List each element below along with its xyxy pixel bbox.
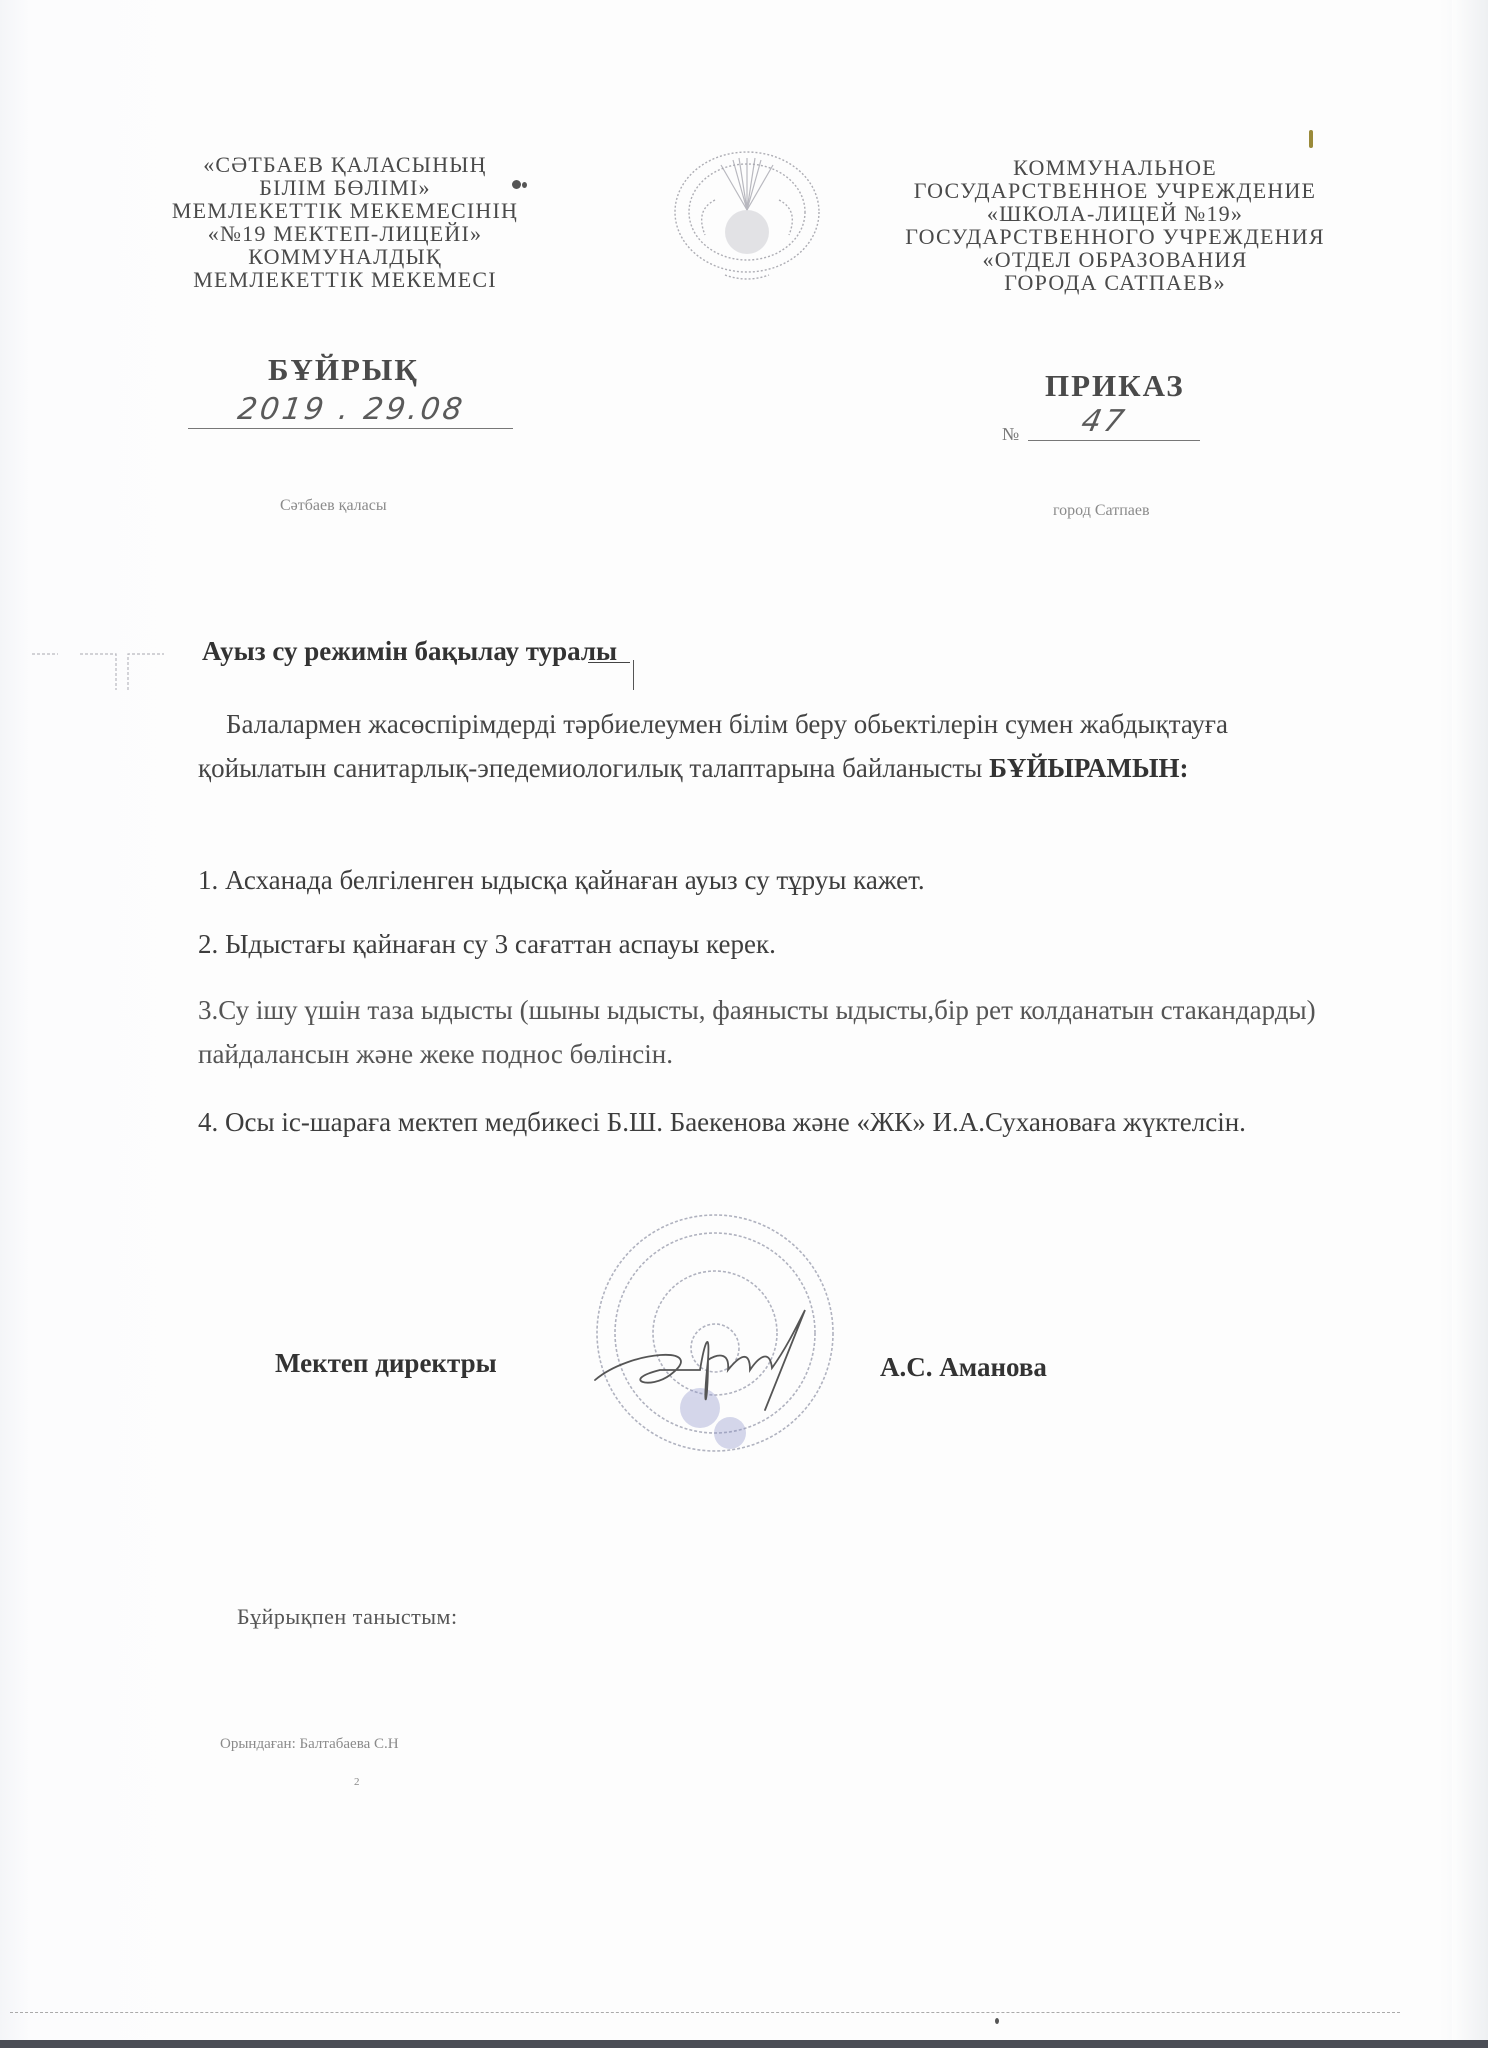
order-preamble: Балалармен жасөспірімдерді тәрбиелеумен … [198,702,1318,790]
page-mark: 2 [354,1776,360,1788]
order-item: 2. Ыдыстағы қайнаған су 3 сағаттан аспау… [198,922,1318,966]
header-ru-line: государственного учреждения [880,225,1350,248]
document-type-russian: ПРИКАЗ [1045,368,1185,404]
header-russian: Коммунальное государственное учреждение … [880,156,1350,294]
scanner-bottom-edge [0,2040,1488,2048]
number-underline [1028,440,1200,441]
executor-note: Орындаған: Балтабаева С.Н [220,1736,399,1753]
header-ru-line: города Сатпаев» [880,271,1350,294]
header-ru-line: «Школа-лицей №19» [880,202,1350,225]
city-russian: город Сатпаев [1053,502,1150,520]
signatory-title: Мектеп директры [275,1348,497,1379]
header-ru-line: «Отдел образования [880,248,1350,271]
ink-speck [512,180,521,189]
header-kz-line: білім бөлімі» [140,176,550,199]
bottom-scan-line [10,2012,1400,2013]
state-emblem-icon [655,140,840,290]
subject-pen-tick [633,660,634,690]
margin-bracket-marks [30,650,170,690]
city-kazakh: Сәтбаев қаласы [280,497,387,515]
document-type-kazakh: БҰЙРЫҚ [268,352,419,388]
header-kz-line: мемлекеттік мекемесінің [140,199,550,222]
preamble-emphasis: БҰЙЫРАМЫН: [989,753,1188,783]
signatory-name: А.С. Аманова [880,1352,1047,1383]
header-kz-line: «№19 мектеп-лицейі» [140,222,550,245]
header-kz-line: мемлекеттік мекемесі [140,268,550,291]
number-sign: № [1002,424,1019,445]
subject-pen-mark [588,662,630,663]
handwritten-signature-icon [590,1300,840,1420]
header-ru-line: Коммунальное [880,156,1350,179]
scanned-document-page: «Сәтбаев қаласының білім бөлімі» мемлеке… [0,0,1488,2048]
acknowledgement-label: Бұйрықпен таныстым: [237,1604,458,1630]
header-kz-line: «Сәтбаев қаласының [140,153,550,176]
order-number-handwritten: 47 [1078,404,1130,439]
date-underline [188,428,513,429]
header-kz-line: коммуналдық [140,245,550,268]
order-item: 3.Су ішу үшін таза ыдысты (шыны ыдысты, … [198,988,1318,1076]
ink-speck [1309,130,1313,148]
order-item: 4. Осы іс-шараға мектеп медбикесі Б.Ш. Б… [198,1100,1318,1144]
scan-edge-shadow [1452,0,1488,2040]
order-date-handwritten: 2019 . 29.08 [236,392,468,427]
ink-speck [995,2018,999,2024]
ink-speck [522,182,527,188]
header-kazakh: «Сәтбаев қаласының білім бөлімі» мемлеке… [140,153,550,291]
order-item: 1. Асханада белгіленген ыдысқа қайнаған … [198,858,1318,902]
order-subject: Ауыз су режимін бақылау туралы [202,636,617,667]
header-ru-line: государственное учреждение [880,179,1350,202]
